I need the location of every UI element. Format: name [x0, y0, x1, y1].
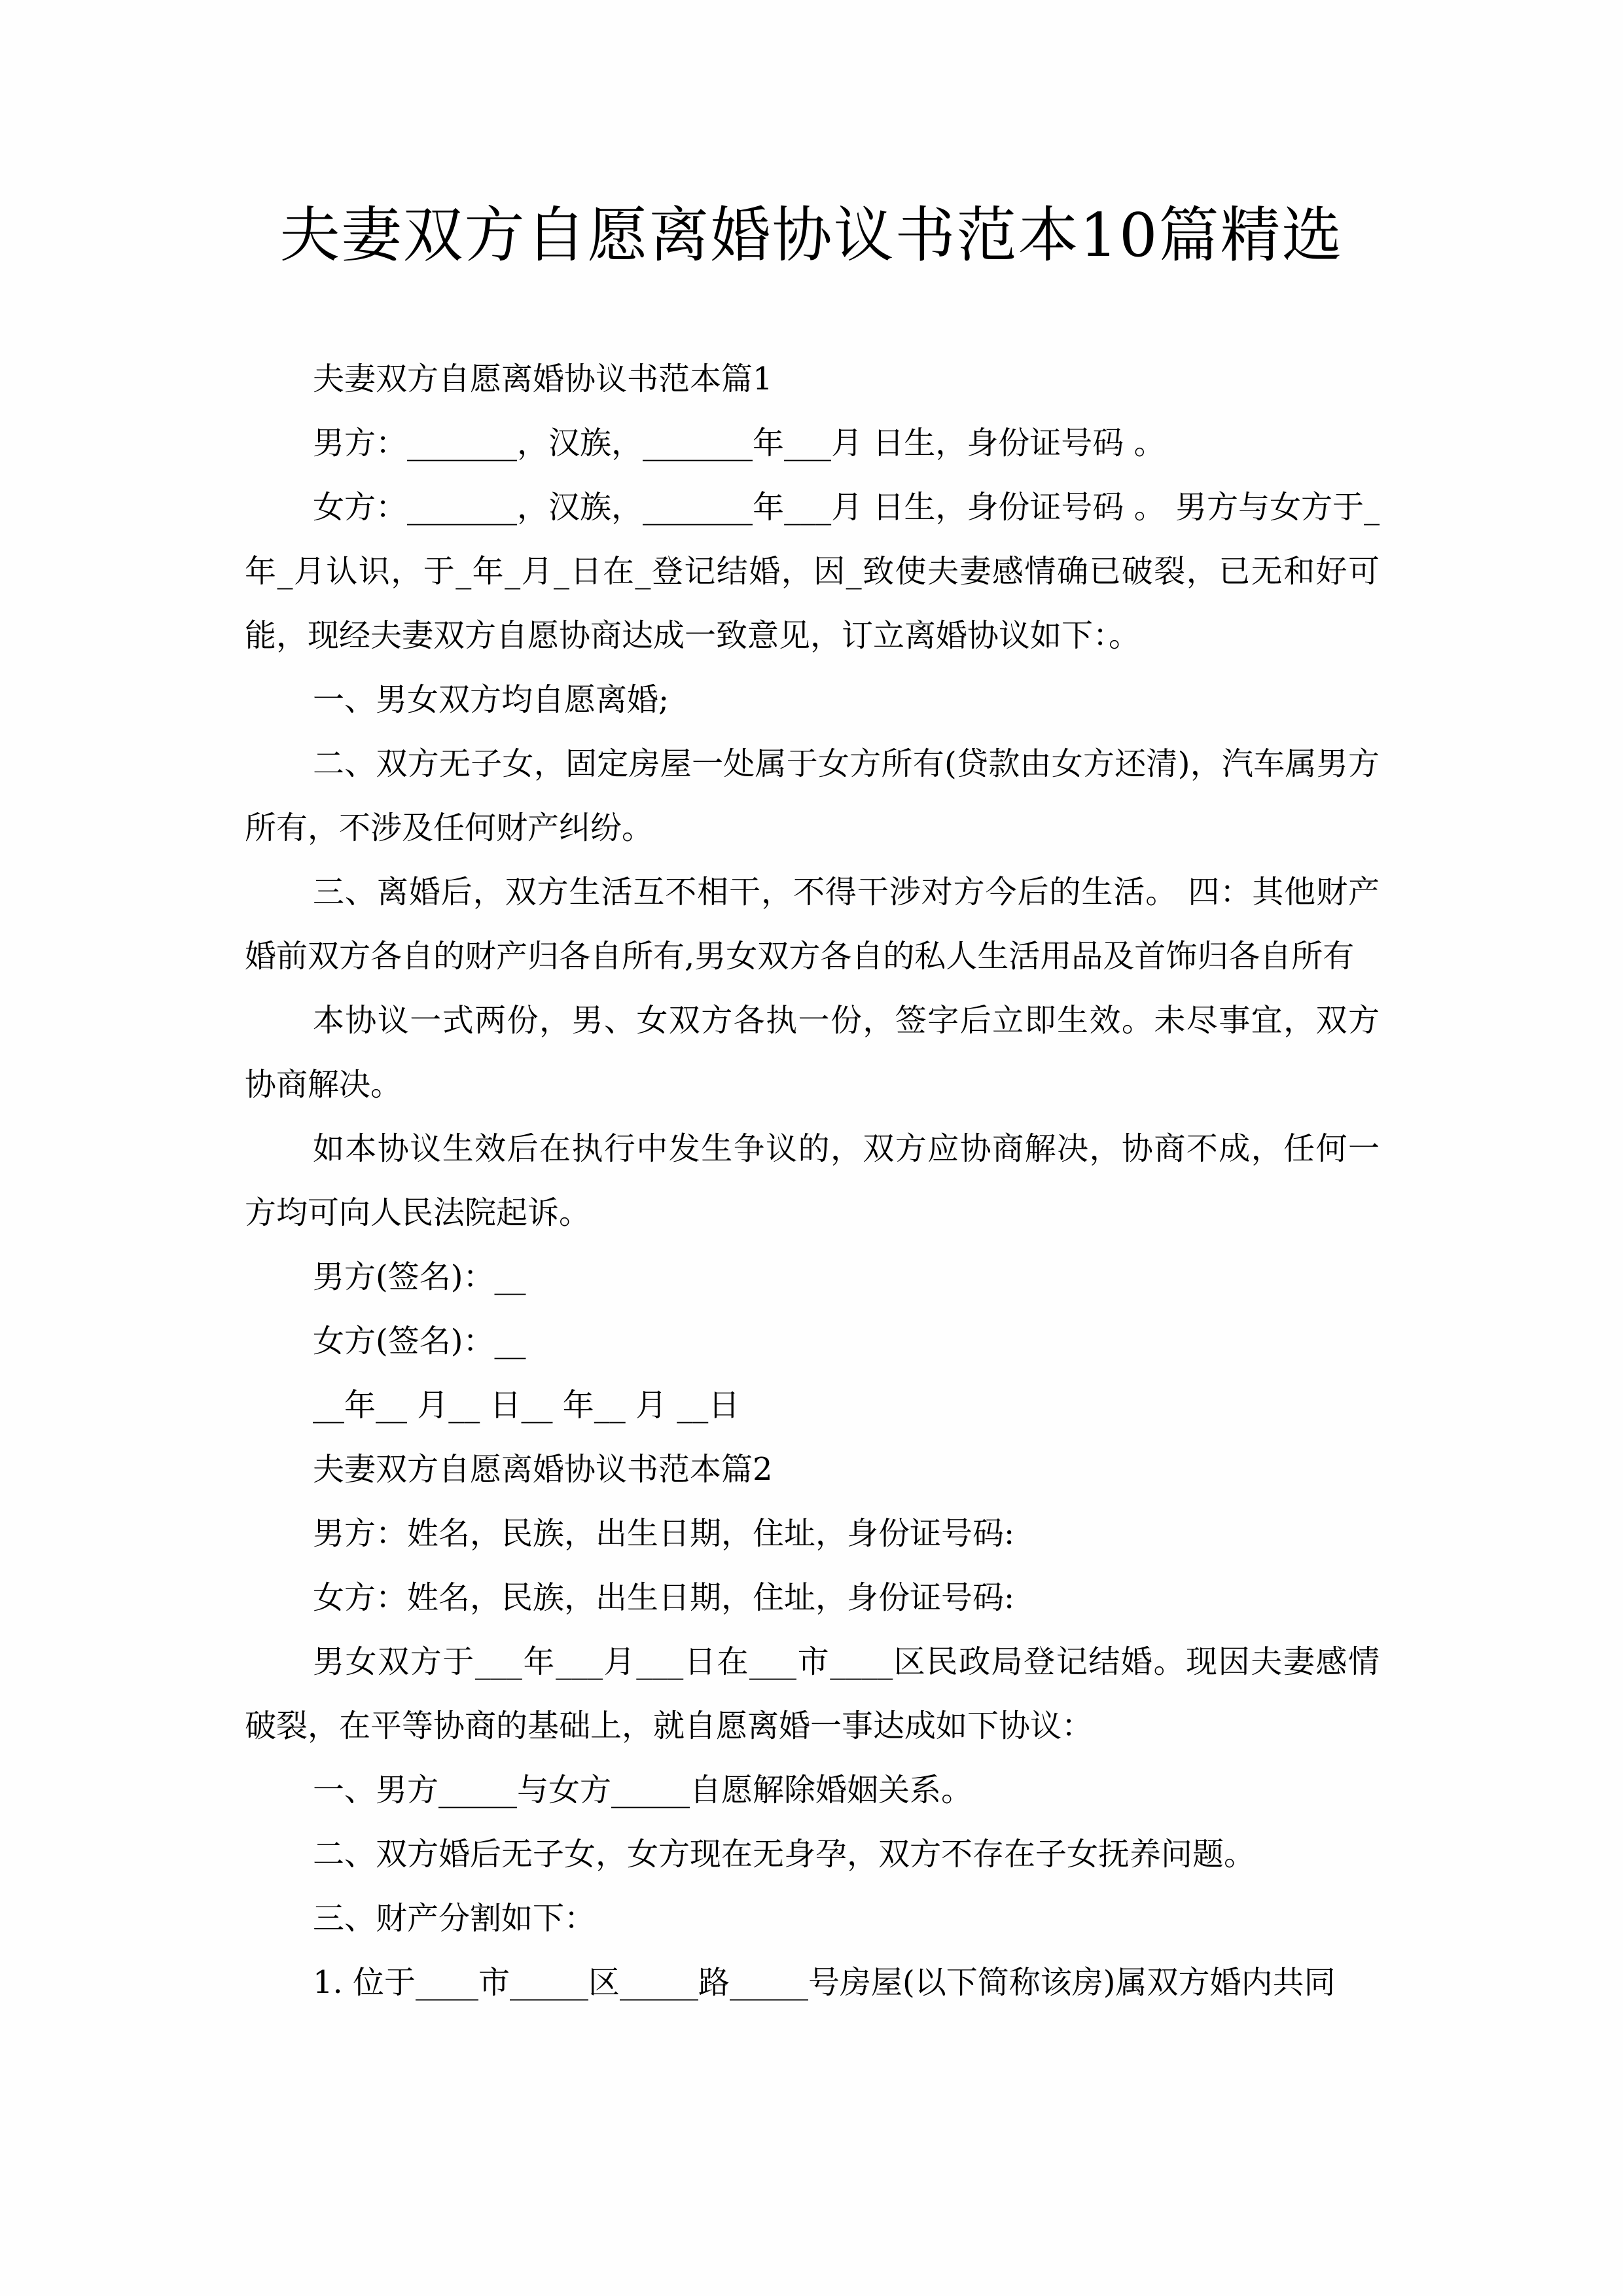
- female-signature-line: 女方(签名)：__: [245, 1309, 1380, 1373]
- document-page: 夫妻双方自愿离婚协议书范本10篇精选 夫妻双方自愿离婚协议书范本篇1 男方：__…: [0, 0, 1623, 2296]
- paragraph-female-party: 女方：_______，汉族，_______年___月 日生，身份证号码 。 男方…: [245, 475, 1380, 668]
- clause-2-2: 二、双方婚后无子女，女方现在无身孕，双方不存在子女抚养问题。: [245, 1822, 1380, 1886]
- clause-3: 三、离婚后，双方生活互不相干，不得干涉对方今后的生活。 四：其他财产婚前双方各自…: [245, 860, 1380, 988]
- document-title: 夫妻双方自愿离婚协议书范本10篇精选: [0, 196, 1623, 275]
- male-signature-line: 男方(签名)：__: [245, 1245, 1380, 1309]
- paragraph-male-party: 男方：_______，汉族，_______年___月 日生，身份证号码 。: [245, 411, 1380, 475]
- clause-2: 二、双方无子女，固定房屋一处属于女方所有(贷款由女方还清)，汽车属男方所有，不涉…: [245, 732, 1380, 860]
- paragraph-female-info: 女方：姓名，民族，出生日期，住址，身份证号码:: [245, 1566, 1380, 1630]
- clause-2-3: 三、财产分割如下：: [245, 1886, 1380, 1950]
- date-line: __年__ 月__ 日__ 年__ 月 __日: [245, 1373, 1380, 1437]
- clause-2-3-item-1: 1. 位于____市_____区_____路_____号房屋(以下简称该房)属双…: [245, 1950, 1380, 2015]
- section-heading-1: 夫妻双方自愿离婚协议书范本篇1: [245, 347, 1380, 411]
- section-heading-2: 夫妻双方自愿离婚协议书范本篇2: [245, 1437, 1380, 1501]
- paragraph-male-info: 男方：姓名，民族，出生日期，住址，身份证号码:: [245, 1501, 1380, 1566]
- document-body: 夫妻双方自愿离婚协议书范本篇1 男方：_______，汉族，_______年__…: [245, 347, 1380, 2015]
- paragraph-copies: 本协议一式两份，男、女双方各执一份，签字后立即生效。未尽事宜，双方协商解决。: [245, 988, 1380, 1117]
- paragraph-dispute: 如本协议生效后在执行中发生争议的，双方应协商解决，协商不成，任何一方均可向人民法…: [245, 1117, 1380, 1245]
- clause-2-1: 一、男方_____与女方_____自愿解除婚姻关系。: [245, 1758, 1380, 1822]
- paragraph-marriage-registration: 男女双方于___年___月___日在___市____区民政局登记结婚。现因夫妻感…: [245, 1630, 1380, 1758]
- clause-1: 一、男女双方均自愿离婚;: [245, 668, 1380, 732]
